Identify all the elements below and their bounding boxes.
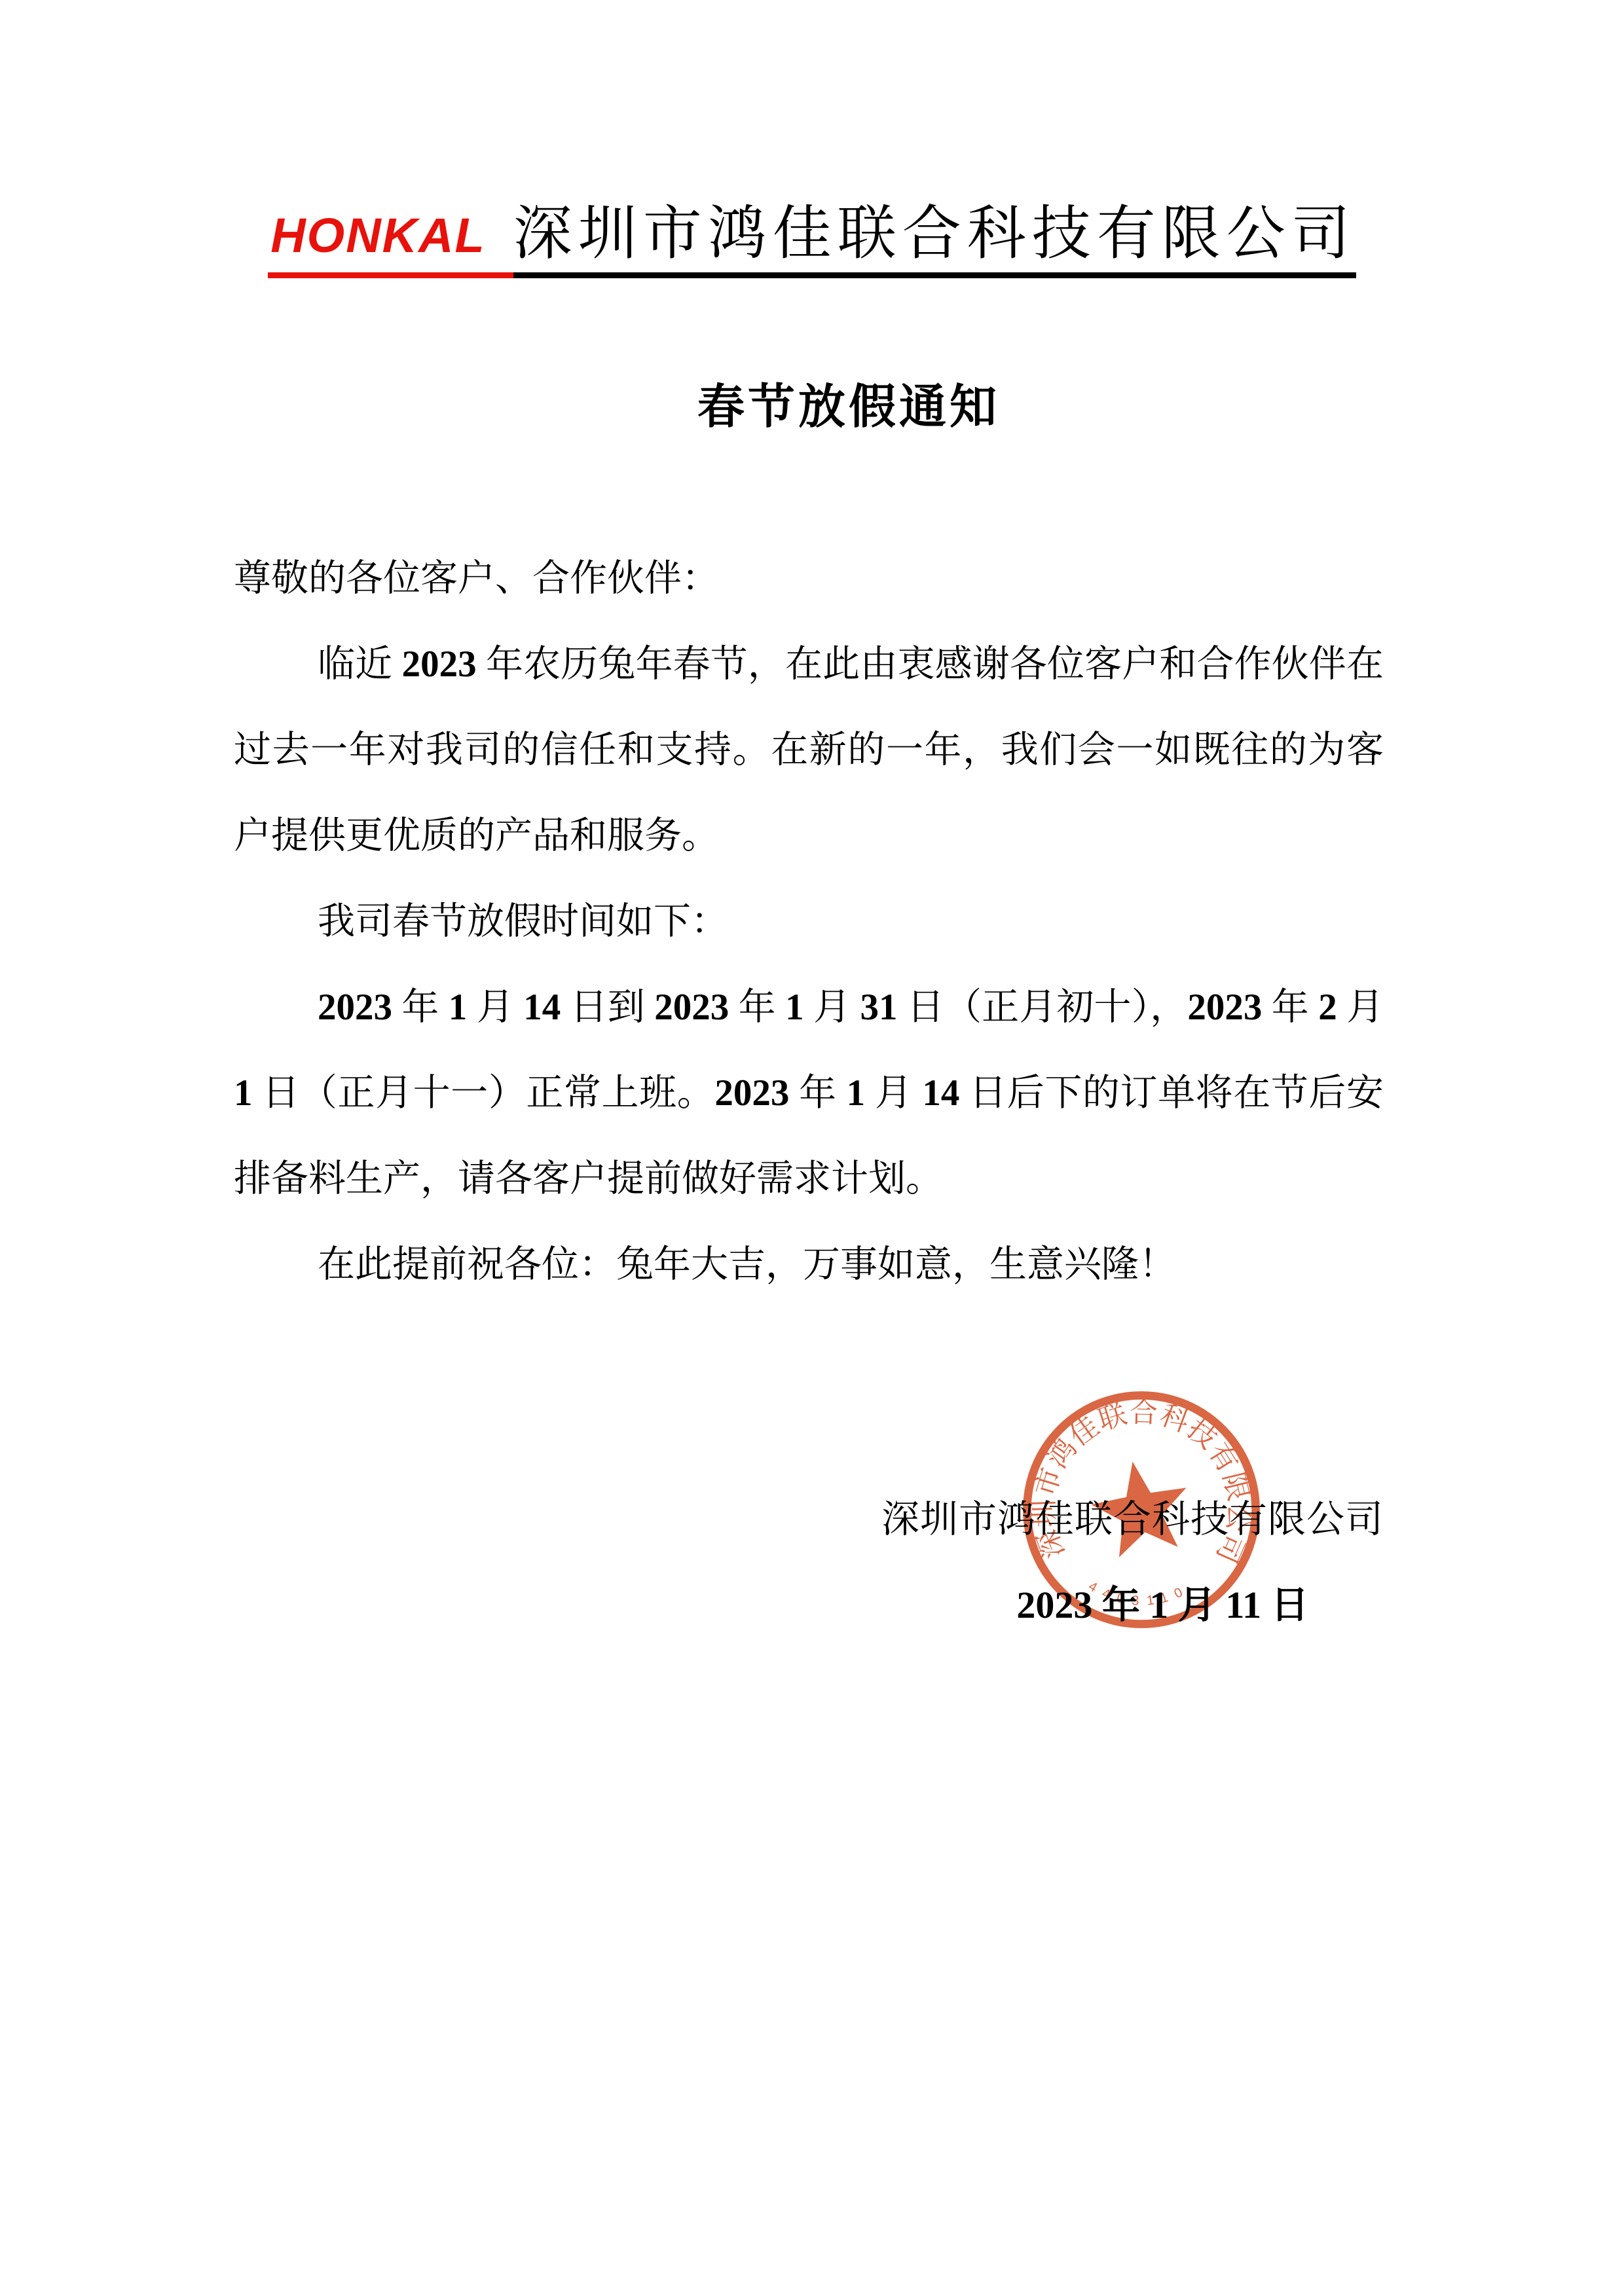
notice-document-page: HONKAL深圳市鸿佳联合科技有限公司 春节放假通知 尊敬的各位客户、合作伙伴：… xyxy=(0,0,1624,2296)
holiday-intro-paragraph: 我司春节放假时间如下： xyxy=(234,879,1384,964)
body-text: 尊敬的各位客户、合作伙伴： 临近 2023 年农历兔年春节，在此由衷感谢各位客户… xyxy=(234,536,1384,1307)
text-segment: 在此提前祝各位：兔年大吉，万事如意，生意兴隆！ xyxy=(318,1244,1176,1285)
text-segment: 31 xyxy=(860,987,897,1028)
letterhead: HONKAL深圳市鸿佳联合科技有限公司 xyxy=(0,202,1624,278)
text-segment: 2023 xyxy=(1187,987,1262,1028)
text-segment: 1 xyxy=(234,1072,253,1114)
signature-block: 深圳市鸿佳联合科技有限公司 2023 年 1 月 11 日 xyxy=(881,1476,1384,1648)
text-segment: 月 xyxy=(804,987,860,1028)
text-segment: 月 xyxy=(865,1072,922,1114)
thanks-paragraph: 临近 2023 年农历兔年春节，在此由衷感谢各位客户和合作伙伴在过去一年对我司的… xyxy=(234,621,1384,879)
document-title: 春节放假通知 xyxy=(0,382,1624,433)
text-segment: 日到 xyxy=(561,987,654,1028)
holiday-dates-paragraph: 2023 年 1 月 14 日到 2023 年 1 月 31 日（正月初十），2… xyxy=(234,964,1384,1222)
text-segment: 1 xyxy=(847,1072,866,1114)
text-segment: 年 xyxy=(1262,987,1318,1028)
text-segment: 年 xyxy=(392,987,449,1028)
text-segment: 日（正月初十）， xyxy=(897,987,1187,1028)
text-segment: 1 xyxy=(785,987,804,1028)
text-segment: 2023 xyxy=(402,644,477,685)
signature-company-name: 深圳市鸿佳联合科技有限公司 xyxy=(881,1476,1384,1562)
text-segment: 年 xyxy=(729,987,785,1028)
text-segment: 2023 xyxy=(654,987,729,1028)
text-segment: 2023 xyxy=(714,1072,789,1114)
letterhead-company-name: 深圳市鸿佳联合科技有限公司 xyxy=(513,202,1356,278)
text-segment: 14 xyxy=(922,1072,959,1114)
text-segment: 14 xyxy=(523,987,561,1028)
text-segment: 1 xyxy=(449,987,468,1028)
text-segment: 2 xyxy=(1318,987,1337,1028)
text-segment: 临近 xyxy=(318,644,402,685)
brand-logo-text: HONKAL xyxy=(268,204,513,278)
text-segment: 月 xyxy=(1337,987,1384,1028)
text-segment: 月 xyxy=(467,987,523,1028)
signature-date: 2023 年 1 月 11 日 xyxy=(881,1562,1384,1648)
text-segment: 2023 xyxy=(318,987,392,1028)
text-segment: 年 xyxy=(789,1072,846,1114)
salutation-paragraph: 尊敬的各位客户、合作伙伴： xyxy=(234,536,1384,621)
text-segment: 日（正月十一）正常上班。 xyxy=(253,1072,715,1114)
text-segment: 尊敬的各位客户、合作伙伴： xyxy=(234,558,719,599)
wishes-paragraph: 在此提前祝各位：兔年大吉，万事如意，生意兴隆！ xyxy=(234,1222,1384,1307)
text-segment: 我司春节放假时间如下： xyxy=(318,901,728,942)
